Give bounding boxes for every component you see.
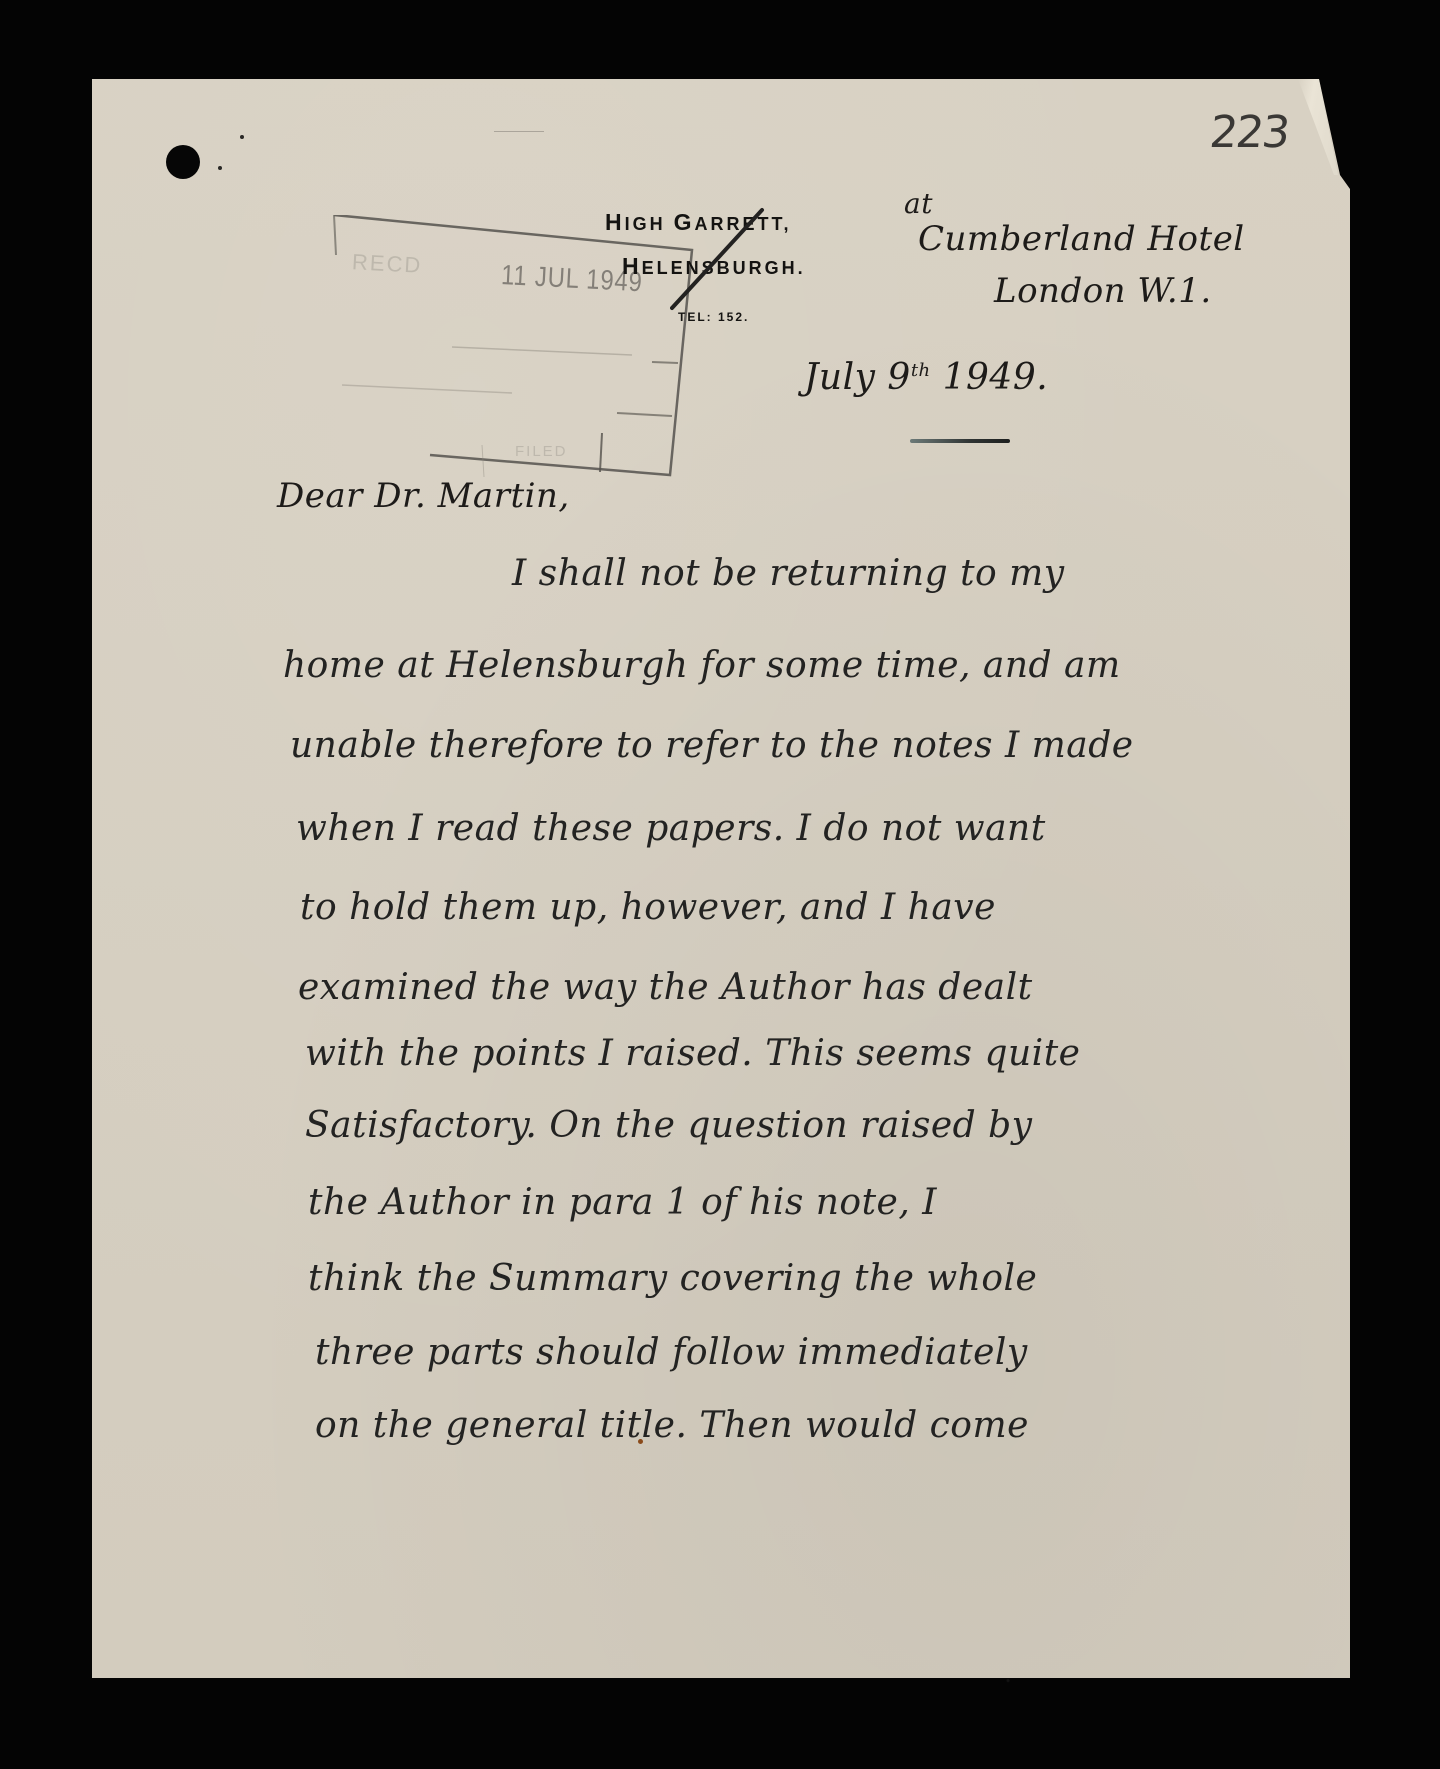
ink-spot bbox=[638, 1439, 643, 1444]
body-line: Satisfactory. On the question raised by bbox=[305, 1105, 1033, 1146]
body-line: home at Helensburgh for some time, and a… bbox=[283, 645, 1121, 686]
faint-mark bbox=[494, 131, 544, 132]
page-number: 223 bbox=[1207, 107, 1290, 158]
body-line: examined the way the Author has dealt bbox=[298, 967, 1033, 1008]
body-line: to hold them up, however, and I have bbox=[300, 887, 996, 928]
pin-hole bbox=[218, 166, 222, 170]
body-line: when I read these papers. I do not want bbox=[296, 808, 1046, 849]
body-line: I shall not be returning to my bbox=[512, 553, 1065, 594]
letter-date: July 9th 1949. bbox=[804, 357, 1048, 398]
stamp-received-label: RECD bbox=[351, 249, 423, 279]
letter-page: 223 RECD 11 JUL 1949 FILED HIGH GARRETT,… bbox=[92, 79, 1350, 1678]
body-line: think the Summary covering the whole bbox=[308, 1258, 1037, 1299]
stamp-filed-label: FILED bbox=[515, 443, 568, 460]
body-line: unable therefore to refer to the notes I… bbox=[290, 725, 1134, 766]
body-line: the Author in para 1 of his note, I bbox=[308, 1182, 937, 1223]
body-line: with the points I raised. This seems qui… bbox=[305, 1033, 1080, 1074]
letterhead-telephone: TEL: 152. bbox=[678, 310, 749, 324]
address-strikethrough bbox=[670, 207, 766, 311]
date-underline bbox=[910, 439, 1010, 443]
body-line: three parts should follow immediately bbox=[315, 1332, 1028, 1373]
punch-hole bbox=[166, 145, 200, 179]
address-prefix: at bbox=[904, 187, 933, 220]
pin-hole bbox=[240, 135, 244, 139]
address-line-1: Cumberland Hotel bbox=[918, 219, 1245, 259]
salutation: Dear Dr. Martin, bbox=[277, 476, 570, 516]
address-line-2: London W.1. bbox=[994, 271, 1212, 311]
body-line: on the general title. Then would come bbox=[315, 1405, 1029, 1446]
